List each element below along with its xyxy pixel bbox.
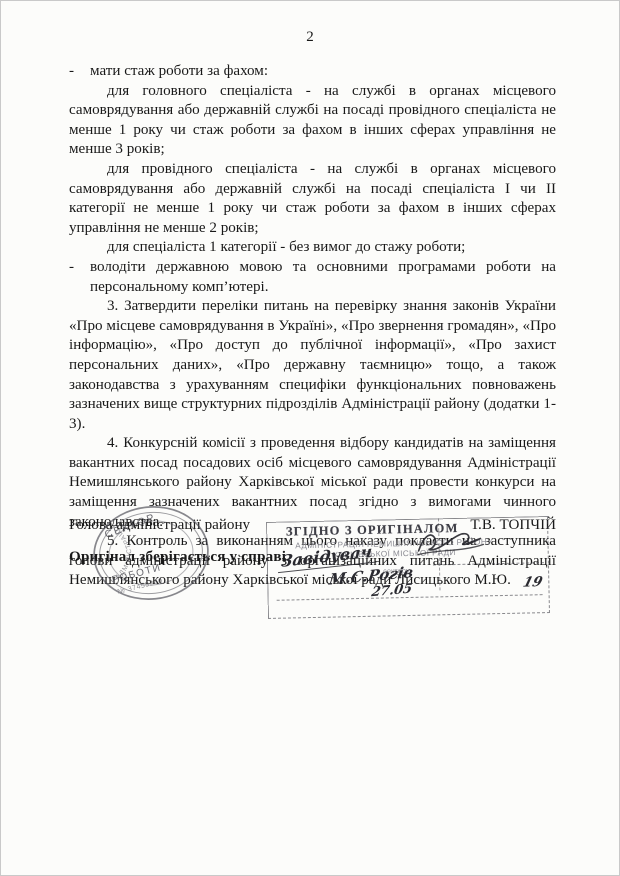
paragraph: 3. Затвердити переліки питань на перевір…: [69, 297, 556, 434]
signer-name: Т.В. ТОПЧІЙ: [470, 517, 556, 534]
paragraph-text: 3. Затвердити переліки питань на перевір…: [69, 298, 556, 432]
paragraph-text: для спеціаліста 1 категорії - без вимог …: [107, 239, 465, 255]
document-body: -мати стаж роботи за фахом: для головног…: [69, 62, 556, 591]
paragraph-text: 4. Конкурсній комісії з проведення відбо…: [69, 435, 556, 529]
paragraph-text: для провідного спеціаліста - на службі в…: [69, 161, 556, 236]
paragraph: для провідного спеціаліста - на службі в…: [69, 160, 556, 238]
paragraph-text: володіти державною мовою та основними пр…: [90, 259, 556, 295]
stamp-dashed-line-bottom: [277, 594, 543, 601]
paragraph-text: мати стаж роботи за фахом:: [90, 63, 268, 79]
list-dash: -: [69, 62, 74, 82]
original-kept-note: Оригінал зберігається у справі.: [69, 549, 290, 566]
paragraph: -володіти державною мовою та основними п…: [69, 258, 556, 297]
signature-row: Голова адміністрації району Т.В. ТОПЧІЙ: [69, 517, 556, 534]
list-dash: -: [69, 258, 74, 278]
paragraph: для головного спеціаліста - на службі в …: [69, 82, 556, 160]
paragraph-text: для головного спеціаліста - на службі в …: [69, 83, 556, 158]
scanned-document-page: 2 -мати стаж роботи за фахом: для головн…: [0, 0, 620, 876]
paragraph: для спеціаліста 1 категорії - без вимог …: [69, 238, 556, 258]
page-number: 2: [1, 29, 619, 46]
signer-title: Голова адміністрації району: [69, 517, 250, 534]
paragraph: -мати стаж роботи за фахом:: [69, 62, 556, 82]
